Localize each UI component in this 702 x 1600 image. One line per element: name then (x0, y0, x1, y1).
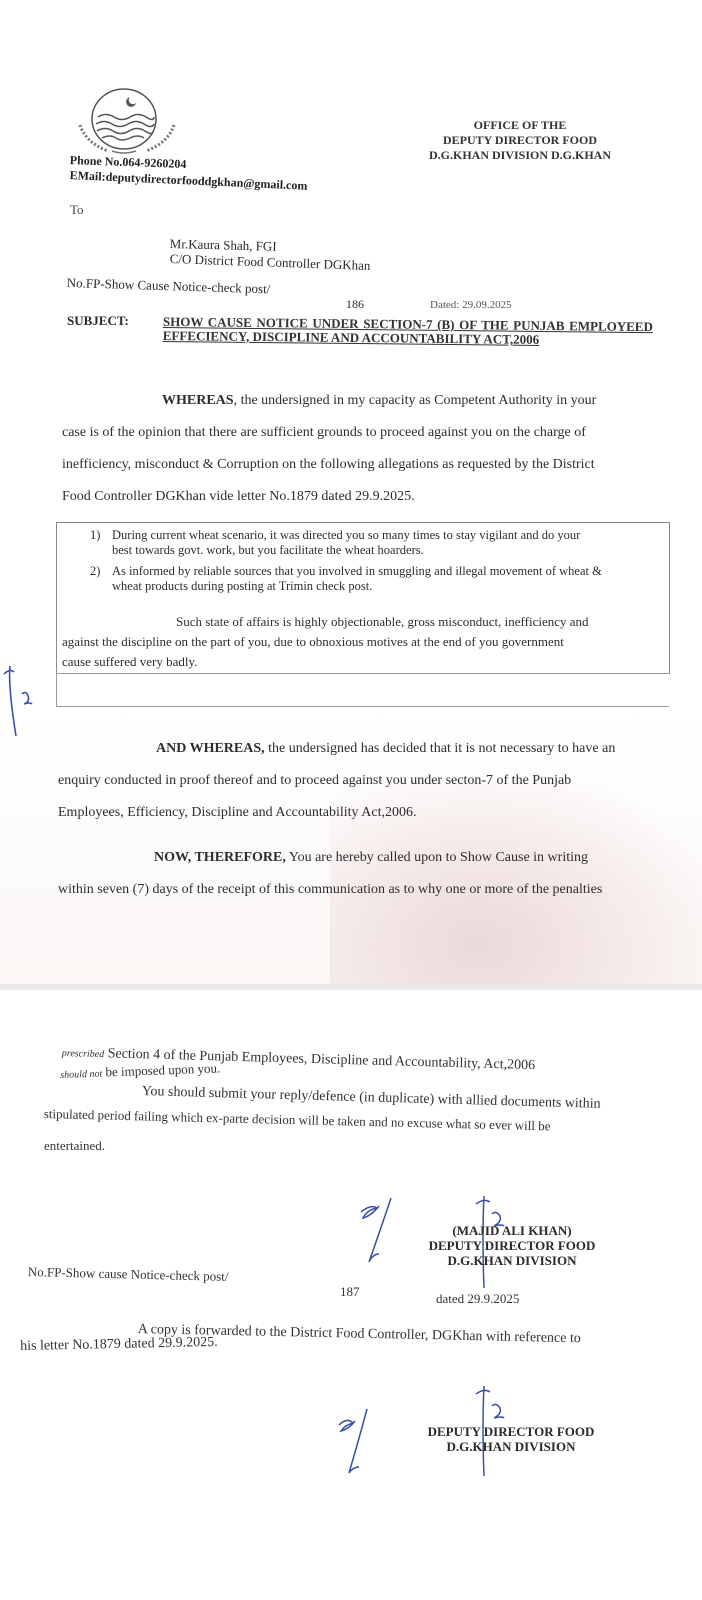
and-whereas-line-2: enquiry conducted in proof thereof and t… (58, 765, 663, 797)
signatory-block: (MAJID ALI KHAN) DEPUTY DIRECTOR FOOD D.… (404, 1223, 620, 1268)
allegation-line: As informed by reliable sources that you… (112, 564, 664, 579)
and-whereas-paragraph: AND WHEREAS, the undersigned has decided… (58, 733, 663, 829)
empty-box-row (56, 672, 669, 707)
and-whereas-lead: AND WHEREAS, (156, 741, 265, 756)
and-whereas-line-3: Employees, Efficiency, Discipline and Ac… (58, 797, 663, 829)
office-line-3: D.G.KHAN DIVISION D.G.KHAN (400, 148, 640, 163)
penalties-prefix-2: should not (60, 1069, 102, 1081)
office-line-1: OFFICE OF THE (400, 118, 640, 133)
allegation-item: 1) During current wheat scenario, it was… (112, 528, 664, 558)
handwritten-initials-icon (0, 660, 50, 740)
office-line-2: DEPUTY DIRECTOR FOOD (400, 133, 640, 148)
signatory-division: D.G.KHAN DIVISION (404, 1253, 620, 1268)
final-signatory-division: D.G.KHAN DIVISION (398, 1439, 624, 1454)
affairs-line-2: against the discipline on the part of yo… (62, 632, 662, 652)
to-label: To (70, 202, 84, 218)
copy-reference-date: dated 29.9.2025 (436, 1291, 519, 1307)
final-signatory-block: DEPUTY DIRECTOR FOOD D.G.KHAN DIVISION (398, 1424, 624, 1454)
affairs-line-1: Such state of affairs is highly objectio… (62, 612, 662, 632)
now-therefore-paragraph: NOW, THEREFORE, You are hereby called up… (58, 842, 668, 906)
subject-text: SHOW CAUSE NOTICE UNDER SECTION-7 (B) OF… (163, 315, 653, 348)
copy-reference-number: 187 (340, 1284, 360, 1300)
now-therefore-line-1: You are hereby called upon to Show Cause… (286, 850, 588, 865)
allegation-number: 2) (90, 564, 100, 579)
whereas-line-1: , the undersigned in my capacity as Comp… (234, 393, 597, 408)
now-therefore-line-2: within seven (7) days of the receipt of … (58, 874, 668, 906)
final-signatory-designation: DEPUTY DIRECTOR FOOD (398, 1424, 624, 1439)
reference-date: Dated: 29.09.2025 (430, 299, 512, 311)
reference-number: 186 (346, 297, 364, 312)
allegation-item: 2) As informed by reliable sources that … (112, 564, 664, 594)
allegation-number: 1) (90, 528, 100, 543)
penalties-line-2: be imposed upon you. (102, 1060, 221, 1079)
signatory-name: (MAJID ALI KHAN) (404, 1223, 620, 1238)
signatory-designation: DEPUTY DIRECTOR FOOD (404, 1238, 620, 1253)
affairs-paragraph: Such state of affairs is highly objectio… (62, 612, 662, 672)
affairs-line-3: cause suffered very badly. (62, 652, 662, 672)
subject-label: SUBJECT: (67, 313, 129, 329)
allegation-line: wheat products during posting at Trimin … (112, 579, 664, 594)
allegation-line: best towards govt. work, but you facilit… (112, 543, 664, 558)
whereas-lead: WHEREAS (162, 393, 234, 408)
allegation-line: During current wheat scenario, it was di… (112, 528, 664, 543)
penalties-prefix: prescribed (62, 1048, 105, 1060)
signature-icon (335, 1405, 385, 1485)
punjab-government-emblem-icon (72, 85, 182, 155)
whereas-paragraph: WHEREAS, the undersigned in my capacity … (62, 385, 652, 513)
office-heading: OFFICE OF THE DEPUTY DIRECTOR FOOD D.G.K… (400, 118, 640, 163)
now-therefore-lead: NOW, THEREFORE, (154, 850, 286, 865)
whereas-line-4: Food Controller DGKhan vide letter No.18… (62, 481, 652, 513)
whereas-line-3: inefficiency, misconduct & Corruption on… (62, 449, 652, 481)
reply-line-3: entertained. (44, 1138, 105, 1154)
whereas-line-2: case is of the opinion that there are su… (62, 417, 652, 449)
and-whereas-line-1: the undersigned has decided that it is n… (265, 741, 616, 756)
